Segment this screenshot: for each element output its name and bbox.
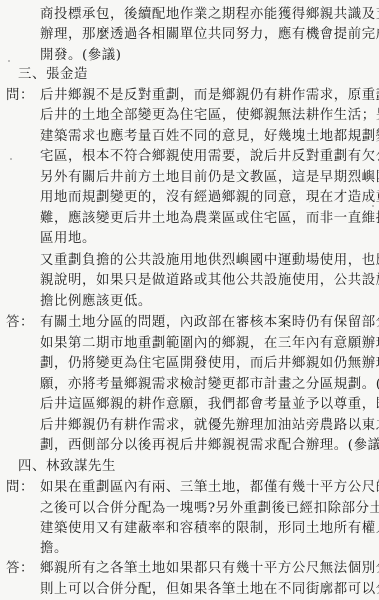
text-line: 親說明，如果只是做道路或其他公共設施使用，公共設施用地負 [40,272,379,289]
text-line: 擔。 [40,540,68,557]
text-line: 則上可以合併分配，但如果各筆土地在不同街廓都可以分配，就 [40,581,379,598]
scan-speck [10,158,12,160]
answer-label: 答： [6,314,34,331]
text-line: 願，亦將考量鄉親需求檢討變更都市計畫之分區規劃。(建設處) [40,376,379,393]
text-line: 商投標承包，後續配地作業之期程亦能獲得鄉親共識及支持提早 [40,6,379,23]
text-line: 難，應該變更后井土地為農業區或住宅區，而非一直維持作文教 [40,210,379,227]
text-line: 劃，仍將變更為住宅區開發使用，而后井鄉親如仍無辦理重劃意 [40,355,379,372]
text-line: 后井鄉親仍有耕作需求，就優先辦理加油站旁農路以東之市地重 [40,417,379,434]
text-line: 建築需求也應考量百姓不同的意見，好幾塊土地都規劃變更為住 [40,128,379,145]
text-line: 有關土地分區的問題，內政部在審核本案時仍有保留部分彈性， [40,314,379,331]
text-line: 辦理，那麼透過各相關單位共同努力，應有機會提前完成本案之 [40,26,379,43]
scan-speck [300,592,302,594]
question-label: 問： [6,479,34,496]
text-line: 之後可以合併分配為一塊嗎?另外重劃後已經扣除部分土地負擔， [40,500,379,517]
text-line: 后井的土地全部變更為住宅區，使鄉親無法耕作生活；另外有無 [40,107,379,124]
text-line: 如果第二期市地重劃範圍內的鄉親，在三年內有意願辦理市地重 [40,335,379,352]
text-line: 后井鄉親不是反對重劃，而是鄉親仍有耕作需求，原重劃範圍將 [40,87,379,104]
answer-label: 答： [6,560,34,577]
text-line: 宅區，根本不符合鄉親使用需要，說后井反對重劃有欠公允。 [40,148,379,165]
text-line: 四、林致謀先生 [18,458,116,475]
text-line: 區用地。 [40,230,96,247]
text-line: 用地而規劃變更的，沒有經過鄉親的同意，現在才造成重劃的困 [40,189,379,206]
scan-speck [8,60,10,62]
text-line: 建築使用又有建蔽率和容積率的限制，形同土地所有權人重複負 [40,520,379,537]
text-line: 后井這區鄉親的耕作意願，我們都會考量並予以尊重，既然目前 [40,396,379,413]
text-line: 三、張金造 [18,66,88,83]
text-line: 鄉親所有之各筆土地如果都只有幾十平方公尺無法個別分配，原 [40,560,379,577]
text-line: 開發。(參議) [40,47,122,64]
text-line: 又重劃負擔的公共設施用地供烈嶼國中運動場使用，也應該跟鄉 [40,252,379,269]
scan-speck [372,205,374,207]
scanned-document-page: 商投標承包，後續配地作業之期程亦能獲得鄉親共識及支持提早辦理，那麼透過各相關單位… [0,0,379,600]
question-label: 問： [6,87,34,104]
text-line: 另外有關后井前方土地目前仍是文教區，這是早期烈嶼國中需要 [40,169,379,186]
text-line: 劃，西側部分以後再視后井鄉親視需求配合辦理。(參議) [40,437,379,454]
text-line: 擔比例應該更低。 [40,293,152,310]
page-number: 3 [184,583,189,592]
text-line: 如果在重劃區內有兩、三筆土地，都僅有幾十平方公尺的大小， [40,479,379,496]
